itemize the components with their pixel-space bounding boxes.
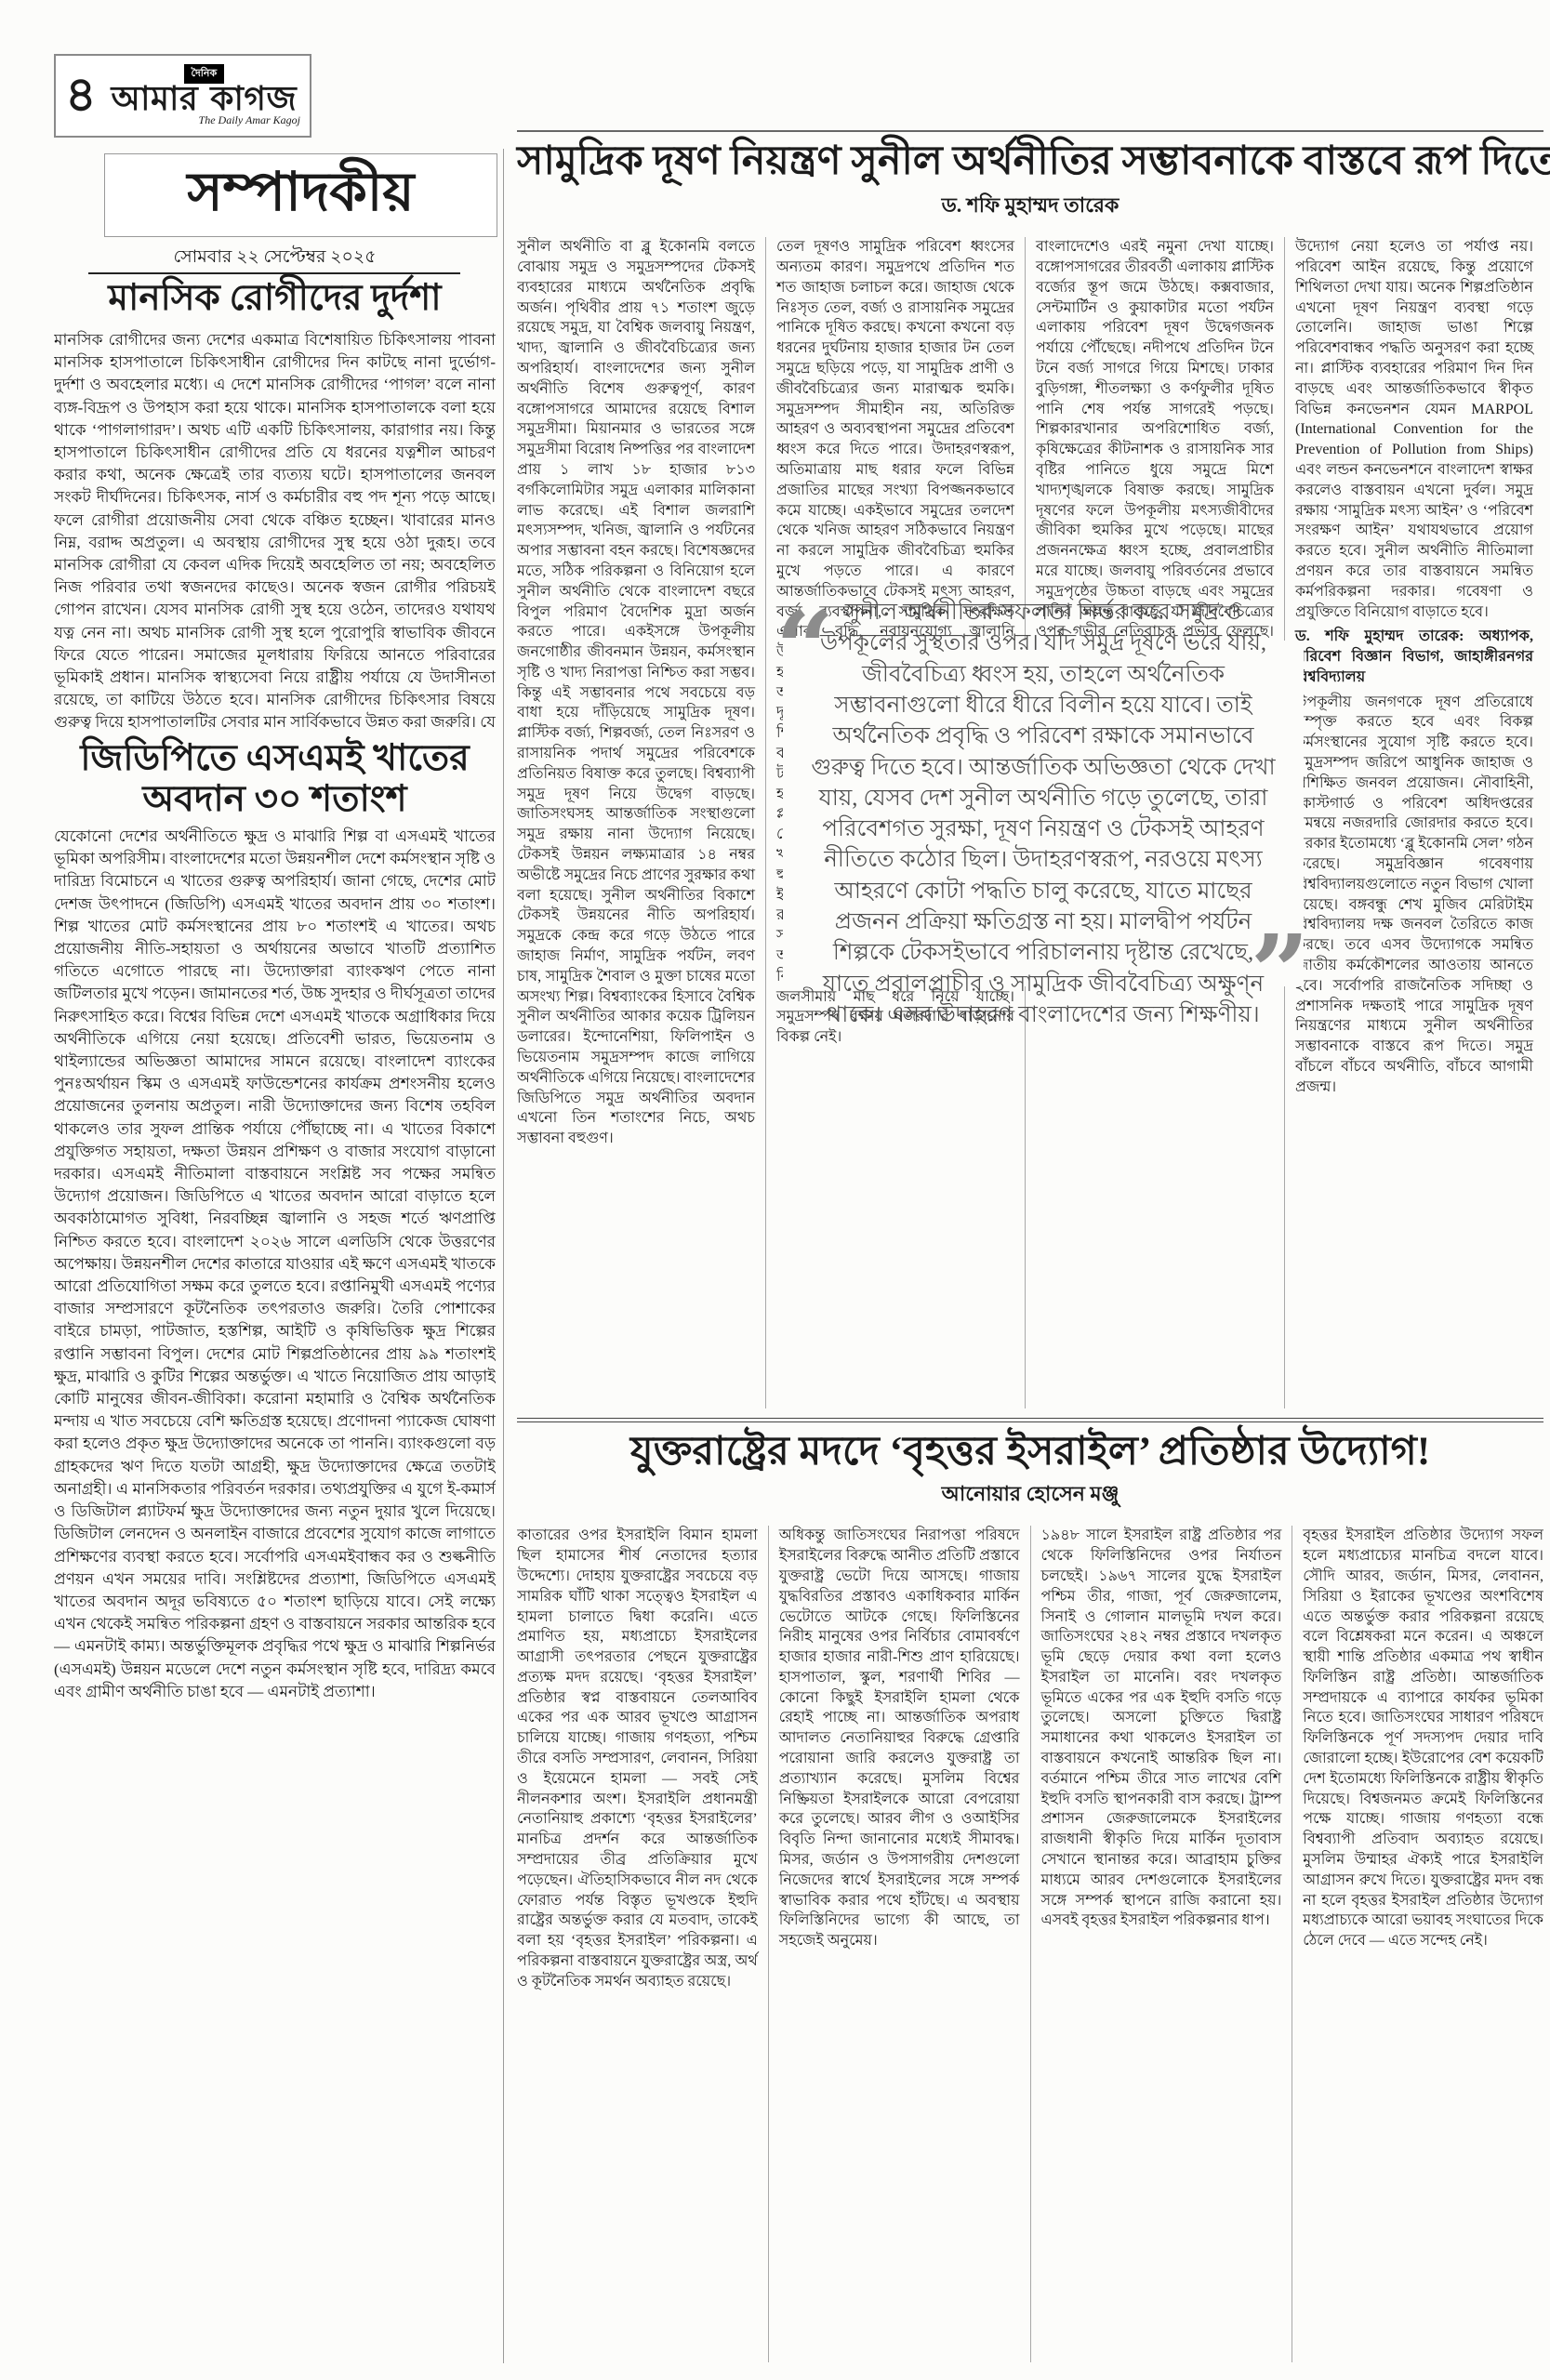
close-quote-icon: ”: [1251, 921, 1309, 1024]
newspaper-logo: দৈনিক আমার কাগজ The Daily Amar Kagoj: [108, 64, 300, 127]
second-article-byline: আনোয়ার হোসেন মঞ্জু: [517, 1478, 1543, 1513]
second-column-2: অধিকন্তু জাতিসংঘের নিরাপত্তা পরিষদে ইসরা…: [768, 1526, 1030, 2362]
newspaper-page: ৪ দৈনিক আমার কাগজ The Daily Amar Kagoj স…: [0, 0, 1550, 2380]
page-number: ৪: [65, 72, 97, 120]
lead-article-byline: ড. শফি মুহাম্মদ তারেক: [517, 190, 1543, 224]
open-quote-icon: “: [775, 598, 834, 700]
lead-column-4-more: উপকূলীয় জনগণকে দূষণ প্রতিরোধে সম্পৃক্ত …: [1295, 694, 1533, 1095]
editorial-article2-title: জিডিপিতে এসএমই খাতের অবদান ৩০ শতাংশ: [54, 738, 496, 819]
section-divider: [517, 1418, 1543, 1422]
pull-quote-text: সুনীল অর্থনীতির সফলতা নির্ভর করে সমুদ্র …: [811, 597, 1276, 1030]
second-column-4: বৃহত্তর ইসরাইল প্রতিষ্ঠার উদ্যোগ সফল হলে…: [1292, 1526, 1543, 2362]
lead-column-4: উদ্যোগ নেয়া হলেও তা পর্যাপ্ত নয়। পরিবে…: [1284, 237, 1543, 1408]
editorial-article1-body: মানসিক রোগীদের জন্য দেশের একমাত্র বিশেষা…: [54, 329, 496, 734]
main-section: সামুদ্রিক দূষণ নিয়ন্ত্রণ সুনীল অর্থনীতি…: [517, 130, 1543, 2362]
editorial-article1-title: মানসিক রোগীদের দুর্দশা: [54, 279, 496, 319]
second-article-title: যুক্তরাষ্ট্রের মদদে ‘বৃহত্তর ইসরাইল’ প্র…: [517, 1430, 1543, 1474]
pull-quote: “ সুনীল অর্থনীতির সফলতা নির্ভর করে সমুদ্…: [783, 641, 1304, 986]
editorial-section-title: সম্পাদকীয়: [104, 153, 497, 237]
second-article: যুক্তরাষ্ট্রের মদদে ‘বৃহত্তর ইসরাইল’ প্র…: [517, 1430, 1543, 2362]
lead-top-rule: [517, 130, 1543, 132]
column-rule-vertical: [503, 149, 504, 2363]
second-column-3: ১৯৪৮ সালে ইসরাইল রাষ্ট্র প্রতিষ্ঠার পর থ…: [1030, 1526, 1292, 2362]
second-article-columns: কাতারের ওপর ইসরাইলি বিমান হামলা ছিল হামা…: [517, 1526, 1543, 2362]
lead-column-1: সুনীল অর্থনীতি বা ব্লু ইকোনমি বলতে বোঝায…: [517, 237, 765, 1408]
lead-article-columns: সুনীল অর্থনীতি বা ব্লু ইকোনমি বলতে বোঝায…: [517, 237, 1543, 1408]
lead-author-credit: ড. শফি মুহাম্মদ তারেক: অধ্যাপক, পরিবেশ ব…: [1295, 627, 1533, 687]
lead-column-4-text: উদ্যোগ নেয়া হলেও তা পর্যাপ্ত নয়। পরিবে…: [1295, 239, 1533, 619]
lead-article: সামুদ্রিক দূষণ নিয়ন্ত্রণ সুনীল অর্থনীতি…: [517, 130, 1543, 1408]
lead-article-title: সামুদ্রিক দূষণ নিয়ন্ত্রণ সুনীল অর্থনীতি…: [517, 139, 1543, 184]
editorial-divider: [88, 272, 460, 274]
second-column-1: কাতারের ওপর ইসরাইলি বিমান হামলা ছিল হামা…: [517, 1526, 768, 2362]
editorial-date: সোমবার ২২ সেপ্টেম্বর ২০২৫: [54, 244, 496, 273]
editorial-article2-body: যেকোনো দেশের অর্থনীতিতে ক্ষুদ্র ও মাঝারি…: [54, 826, 496, 2360]
masthead: ৪ দৈনিক আমার কাগজ The Daily Amar Kagoj: [54, 54, 311, 138]
masthead-title: আমার কাগজ: [108, 84, 300, 115]
